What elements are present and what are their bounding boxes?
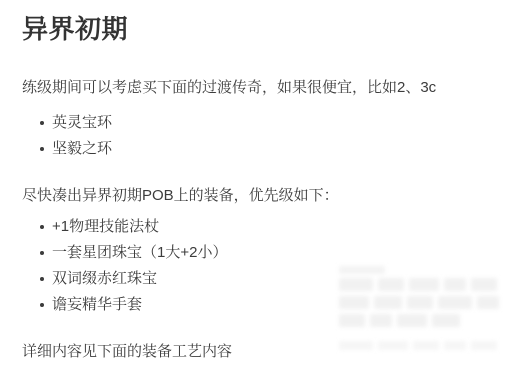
list-item-label: 坚毅之环 [52, 140, 112, 157]
list-item-label: +1物理技能法杖 [52, 218, 159, 235]
list-item: 坚毅之环 [40, 136, 497, 162]
list-item: 英灵宝环 [40, 110, 497, 136]
bullet-icon [40, 277, 44, 281]
list-item: 双词缀赤红珠宝 [40, 266, 497, 292]
document-body: 异界初期 练级期间可以考虑买下面的过渡传奇，如果很便宜，比如2、3c 英灵宝环 … [0, 0, 519, 362]
footer-paragraph: 详细内容见下面的装备工艺内容 [22, 342, 497, 362]
bullet-icon [40, 121, 44, 125]
list-item-label: 谵妄精华手套 [52, 296, 142, 313]
list-item: 谵妄精华手套 [40, 292, 497, 318]
intro-paragraph: 练级期间可以考虑买下面的过渡传奇，如果很便宜，比如2、3c [22, 78, 497, 98]
transition-uniques-list: 英灵宝环 坚毅之环 [22, 110, 497, 162]
list-item: +1物理技能法杖 [40, 214, 497, 240]
bullet-icon [40, 147, 44, 151]
bullet-icon [40, 303, 44, 307]
bullet-icon [40, 225, 44, 229]
bullet-icon [40, 251, 44, 255]
list-item-label: 英灵宝环 [52, 114, 112, 131]
page-title: 异界初期 [22, 14, 497, 44]
list-item-label: 双词缀赤红珠宝 [52, 270, 157, 287]
pob-priority-paragraph: 尽快凑出异界初期POB上的装备，优先级如下： [22, 186, 497, 206]
list-item: 一套星团珠宝（1大+2小） [40, 240, 497, 266]
pob-priority-list: +1物理技能法杖 一套星团珠宝（1大+2小） 双词缀赤红珠宝 谵妄精华手套 [22, 214, 497, 318]
list-item-label: 一套星团珠宝（1大+2小） [52, 244, 227, 261]
